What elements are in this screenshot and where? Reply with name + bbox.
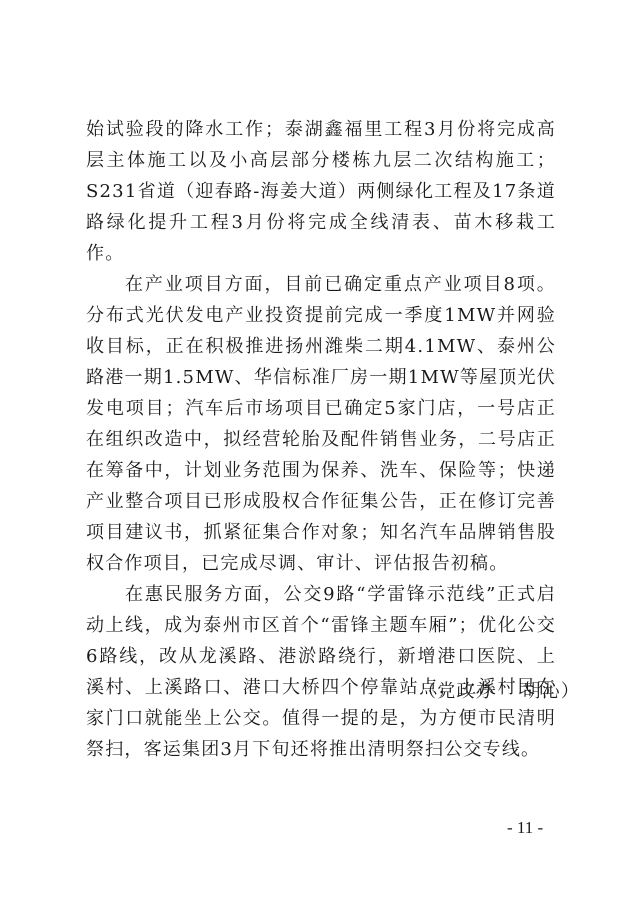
paragraph-public-service: 在惠民服务方面，公交9路“学雷锋示范线”正式启动上线，成为泰州市区首个“雷锋主题…: [86, 579, 556, 765]
page-number: - 11 -: [507, 818, 543, 838]
paragraph-construction-continuation: 始试验段的降水工作；泰湖鑫福里工程3月份将完成高层主体施工以及小高层部分楼栋九层…: [86, 114, 556, 269]
paragraph-industry-projects: 在产业项目方面，目前已确定重点产业项目8项。分布式光伏发电产业投资提前完成一季度…: [86, 269, 556, 579]
author-signature: （党政办 胡沁）: [418, 676, 580, 707]
document-body: 始试验段的降水工作；泰湖鑫福里工程3月份将完成高层主体施工以及小高层部分楼栋九层…: [86, 114, 556, 765]
